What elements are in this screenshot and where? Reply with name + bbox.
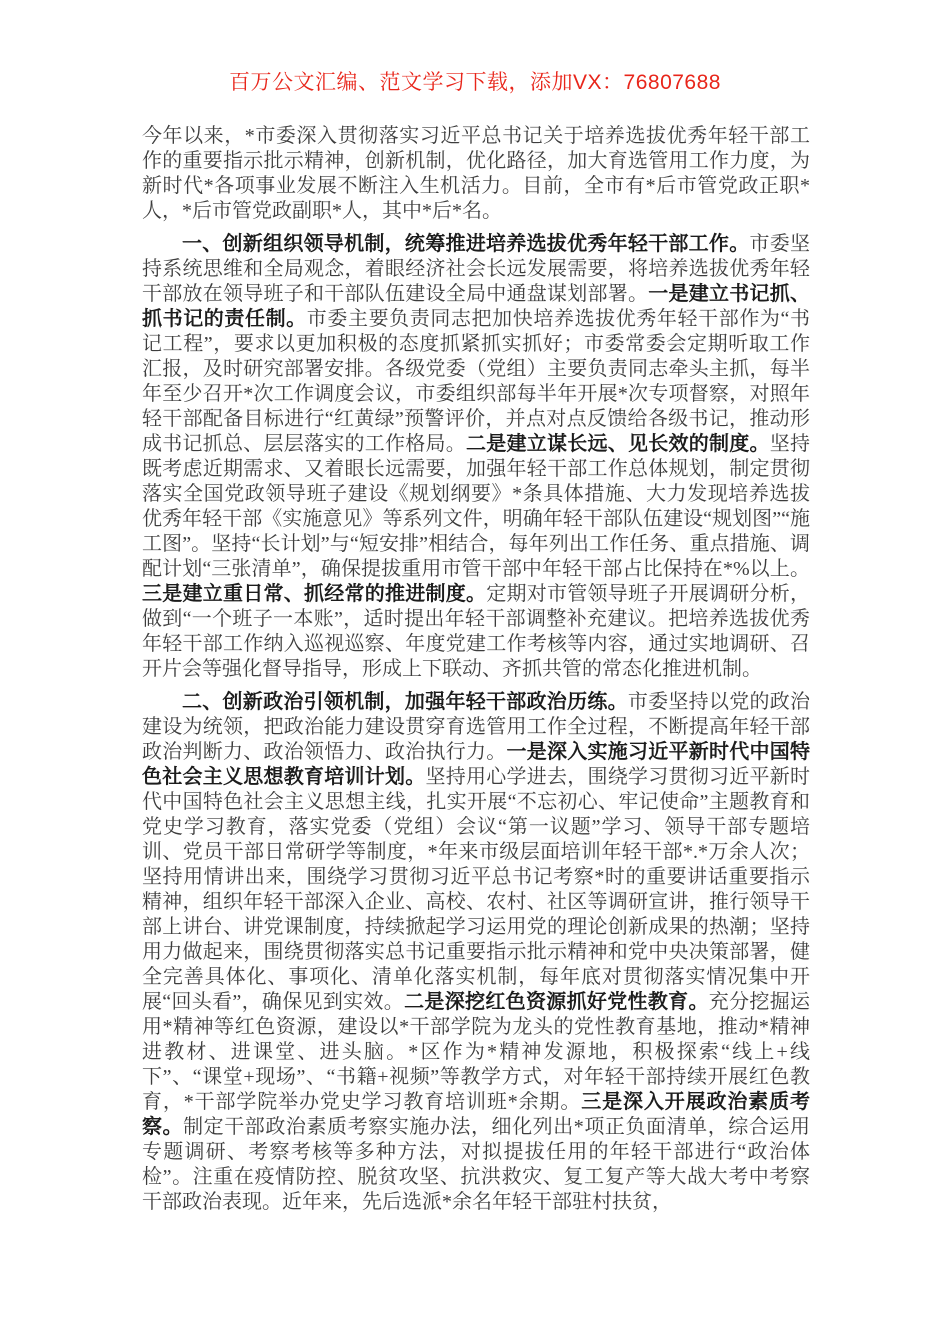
document-page: 百万公文汇编、范文学习下载，添加VX：76807688 今年以来，*市委深入贯彻… bbox=[0, 0, 950, 1344]
bold-text-run: 二、创新政治引领机制，加强年轻干部政治历练。 bbox=[182, 691, 628, 713]
document-body: 今年以来，*市委深入贯彻落实习近平总书记关于培养选拔优秀年轻干部工作的重要指示批… bbox=[142, 124, 810, 1223]
text-run: 坚持既考虑近期需求、又着眼长远需要，加强年轻干部工作总体规划，制定贯彻落实全国党… bbox=[142, 433, 810, 580]
promo-header: 百万公文汇编、范文学习下载，添加VX：76807688 bbox=[0, 66, 950, 96]
text-run: 今年以来，*市委深入贯彻落实习近平总书记关于培养选拔优秀年轻干部工作的重要指示批… bbox=[142, 125, 810, 222]
text-run: 制定干部政治素质考察实施办法，细化列出*项正负面清单，综合运用专题调研、考察考核… bbox=[142, 1116, 810, 1213]
paragraph-section-2: 二、创新政治引领机制，加强年轻干部政治历练。市委坚持以党的政治建设为统领，把政治… bbox=[142, 690, 810, 1215]
promo-text[interactable]: 百万公文汇编、范文学习下载，添加VX：76807688 bbox=[229, 71, 721, 94]
bold-text-run: 二是深挖红色资源抓好党性教育。 bbox=[404, 991, 709, 1013]
paragraph-intro: 今年以来，*市委深入贯彻落实习近平总书记关于培养选拔优秀年轻干部工作的重要指示批… bbox=[142, 124, 810, 224]
bold-text-run: 二是建立谋长远、见长效的制度。 bbox=[466, 433, 770, 455]
text-run: 坚持用心学进去，围绕学习贯彻习近平新时代中国特色社会主义思想主线，扎实开展“不忘… bbox=[142, 766, 810, 1013]
paragraph-section-1: 一、创新组织领导机制，统筹推进培养选拔优秀年轻干部工作。市委坚持系统思维和全局观… bbox=[142, 232, 810, 682]
bold-text-run: 一、创新组织领导机制，统筹推进培养选拔优秀年轻干部工作。 bbox=[182, 233, 749, 255]
bold-text-run: 三是建立重日常、抓经常的推进制度。 bbox=[142, 583, 486, 605]
